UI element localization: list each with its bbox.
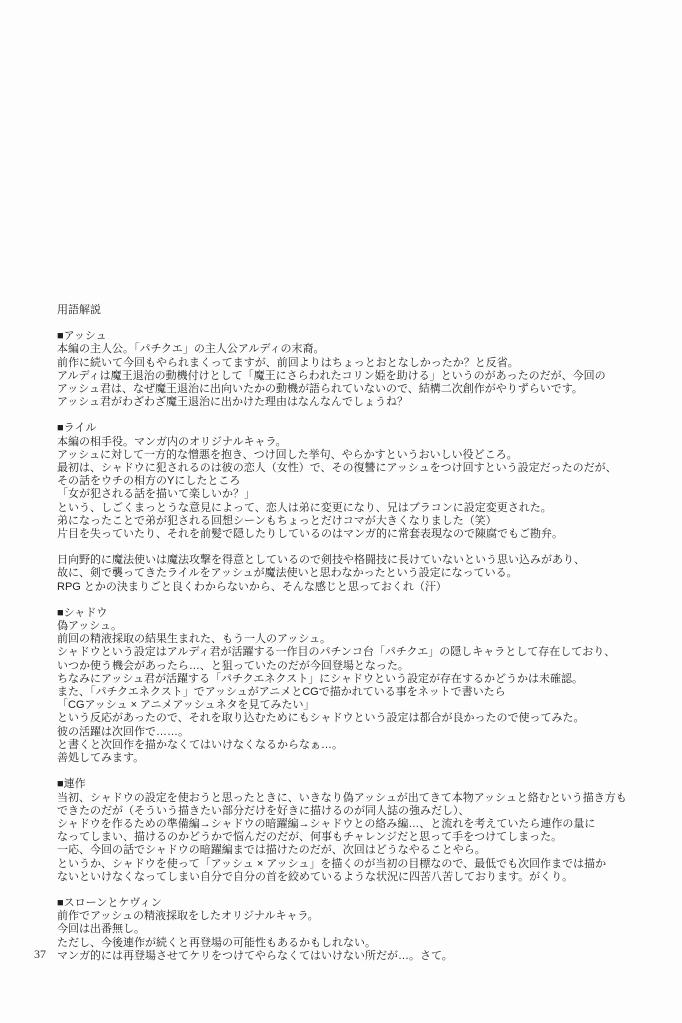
text-line: 前回の精液採取の結果生まれた、もう一人のアッシュ。 xyxy=(57,633,647,646)
text-line: アッシュ君がわざわざ魔王退治に出かけた理由はなんなんでしょうね？ xyxy=(57,396,647,409)
text-line: アッシュ君は、なぜ魔王退治に出向いたかの動機が語られていないので、結構二次創作が… xyxy=(57,383,647,396)
text-line: アッシュに対して一方的な憎悪を抱き、つけ回した挙句、やらかすというおいしい役どこ… xyxy=(57,449,647,462)
text-line: シャドウという設定はアルディ君が活躍する一作目のパチンコ台「パチクエ」の隠しキャ… xyxy=(57,646,647,659)
text-line: 善処してみます。 xyxy=(57,752,647,765)
text-line: 日向野的に魔法使いは魔法攻撃を得意としているので剣技や格闘技に長けていないという… xyxy=(57,554,647,567)
text-line: マンガ的には再登場させてケリをつけてやらなくてはいけない所だが…。さて。 xyxy=(57,950,647,963)
text-line: 「女が犯される話を描いて楽しいか？」 xyxy=(57,488,647,501)
section-heading: ■シャドウ xyxy=(57,607,647,620)
section-paragraph: 本編の主人公。「パチクエ」の主人公アルディの末裔。前作に続いて今回もやられまくっ… xyxy=(57,343,647,409)
page-title: 用語解説 xyxy=(57,304,647,317)
section-heading: ■スローンとケヴィン xyxy=(57,897,647,910)
text-line: 本編の相手役。マンガ内のオリジナルキャラ。 xyxy=(57,436,647,449)
glossary-section: ■連作当初、シャドウの設定を使おうと思ったときに、いきなり偽アッシュが出てきて本… xyxy=(57,778,647,884)
text-line: 最初は、シャドウに犯されるのは彼の恋人（女性）で、その復讐にアッシュをつけ回すと… xyxy=(57,462,647,475)
document-page: 用語解説 ■アッシュ本編の主人公。「パチクエ」の主人公アルディの末裔。前作に続い… xyxy=(0,0,682,1023)
text-line: 彼の活躍は次回作で……。 xyxy=(57,726,647,739)
section-paragraph: 偽アッシュ。前回の精液採取の結果生まれた、もう一人のアッシュ。シャドウという設定… xyxy=(57,620,647,765)
text-line: 片目を失っていたり、それを前髪で隠したりしているのはマンガ的に常套表現なので陳腐… xyxy=(57,528,647,541)
glossary-section: ■ライル本編の相手役。マンガ内のオリジナルキャラ。アッシュに対して一方的な憎悪を… xyxy=(57,422,647,593)
text-line: 前作でアッシュの精液採取をしたオリジナルキャラ。 xyxy=(57,910,647,923)
text-line: なってしまい、描けるのかどうかで悩んだのだが、何事もチャレンジだと思って手をつけ… xyxy=(57,831,647,844)
text-line: 故に、剣で襲ってきたライルをアッシュが魔法使いと思わなかったという設定になってい… xyxy=(57,567,647,580)
section-heading: ■アッシュ xyxy=(57,330,647,343)
section-paragraph: 日向野的に魔法使いは魔法攻撃を得意としているので剣技や格闘技に長けていないという… xyxy=(57,554,647,594)
text-line: ちなみにアッシュ君が活躍する「パチクエネクスト」にシャドウという設定が存在するか… xyxy=(57,673,647,686)
text-line: 前作に続いて今回もやられまくってますが、前回よりはちょっとおとなしかったか？と反… xyxy=(57,357,647,370)
glossary-section: ■アッシュ本編の主人公。「パチクエ」の主人公アルディの末裔。前作に続いて今回もや… xyxy=(57,330,647,409)
section-paragraph: 本編の相手役。マンガ内のオリジナルキャラ。アッシュに対して一方的な憎悪を抱き、つ… xyxy=(57,436,647,542)
text-line: また、「パチクエネクスト」でアッシュがアニメとCGで描かれている事をネットで書い… xyxy=(57,686,647,699)
section-heading: ■連作 xyxy=(57,778,647,791)
section-paragraph: 当初、シャドウの設定を使おうと思ったときに、いきなり偽アッシュが出てきて本物アッ… xyxy=(57,792,647,884)
text-line: 今回は出番無し。 xyxy=(57,923,647,936)
text-line: と書くと次回作を描かなくてはいけなくなるからなぁ…。 xyxy=(57,739,647,752)
text-line: シャドウを作るための準備編→シャドウの暗躍編→シャドウとの絡み編…、と流れを考え… xyxy=(57,818,647,831)
page-content: 用語解説 ■アッシュ本編の主人公。「パチクエ」の主人公アルディの末裔。前作に続い… xyxy=(57,304,647,963)
text-line: 弟になったことで弟が犯される回想シーンもちょっとだけコマが大きくなりました（笑） xyxy=(57,515,647,528)
glossary-sections: ■アッシュ本編の主人公。「パチクエ」の主人公アルディの末裔。前作に続いて今回もや… xyxy=(57,330,647,963)
text-line: ただし、今後連作が続くと再登場の可能性もあるかもしれない。 xyxy=(57,937,647,950)
text-line: という、しごくまっとうな意見によって、恋人は弟に変更になり、兄はブラコンに設定変… xyxy=(57,502,647,515)
text-line: というか、シャドウを使って「アッシュ × アッシュ」を描くのが当初の目標なので、… xyxy=(57,858,647,871)
text-line: 「CGアッシュ × アニメアッシュネタを見てみたい」 xyxy=(57,699,647,712)
text-line: 当初、シャドウの設定を使おうと思ったときに、いきなり偽アッシュが出てきて本物アッ… xyxy=(57,792,647,805)
text-line: 一応、今回の話でシャドウの暗躍編までは描けたのだが、次回はどうなやることやら。 xyxy=(57,844,647,857)
text-line: 偽アッシュ。 xyxy=(57,620,647,633)
section-heading: ■ライル xyxy=(57,422,647,435)
section-paragraph: 前作でアッシュの精液採取をしたオリジナルキャラ。今回は出番無し。ただし、今後連作… xyxy=(57,910,647,963)
text-line: 本編の主人公。「パチクエ」の主人公アルディの末裔。 xyxy=(57,343,647,356)
glossary-section: ■スローンとケヴィン前作でアッシュの精液採取をしたオリジナルキャラ。今回は出番無… xyxy=(57,897,647,963)
page-number: 37 xyxy=(34,947,46,962)
text-line: その話をウチの相方のYにしたところ xyxy=(57,475,647,488)
text-line: アルディは魔王退治の動機付けとして「魔王にさらわれたコリン姫を助ける」というのが… xyxy=(57,370,647,383)
text-line: いつか使う機会があったら…、と狙っていたのだが今回登場となった。 xyxy=(57,660,647,673)
text-line: ないといけなくなってしまい自分で自分の首を絞めているような状況に四苦八苦しており… xyxy=(57,871,647,884)
text-line: RPG とかの決まりごと良くわからないから、そんな感じと思っておくれ（汗） xyxy=(57,581,647,594)
text-line: という反応があったので、それを取り込むためにもシャドウという設定は都合が良かった… xyxy=(57,712,647,725)
glossary-section: ■シャドウ偽アッシュ。前回の精液採取の結果生まれた、もう一人のアッシュ。シャドウ… xyxy=(57,607,647,765)
text-line: できたのだが（そういう描きたい部分だけを好きに描けるのが同人誌の強みだし）、 xyxy=(57,805,647,818)
